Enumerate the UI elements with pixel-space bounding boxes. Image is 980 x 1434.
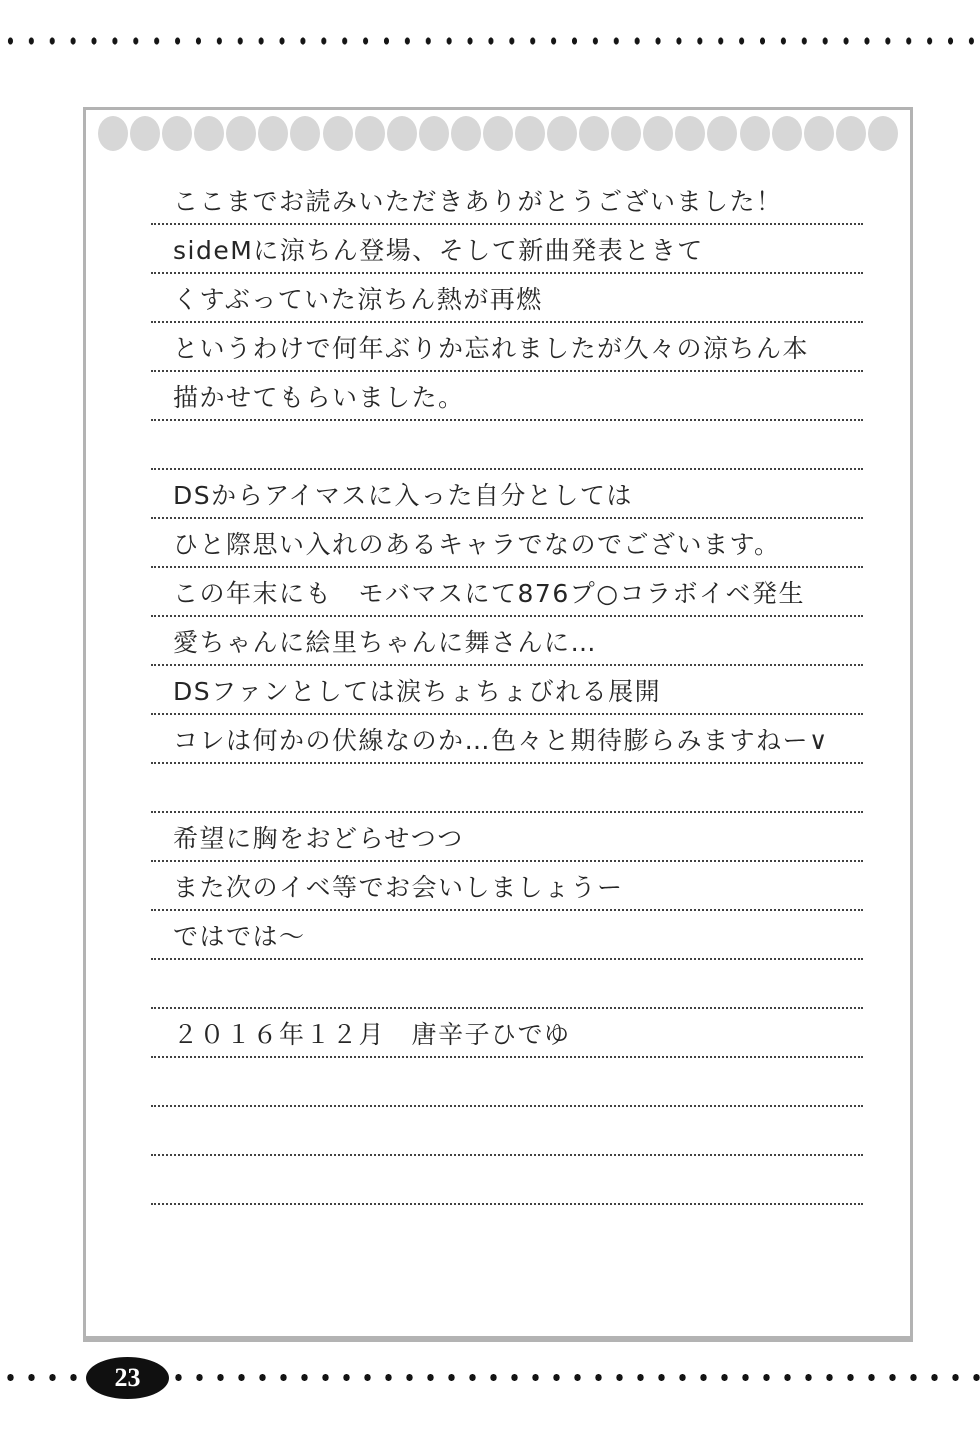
halftone-circle (387, 116, 417, 151)
ruled-line-row: コレは何かの伏線なのか…色々と期待膨らみますねー∨ (151, 715, 863, 764)
ruled-line-row: ひと際思い入れのあるキャラでなのでございます。 (151, 519, 863, 568)
ruled-line-row: 愛ちゃんに絵里ちゃんに舞さんに… (151, 617, 863, 666)
afterword-line-text: また次のイベ等でお会いしましょうー (151, 868, 624, 909)
afterword-frame: ここまでお読みいただきありがとうございました！sideMに涼ちん登場、そして新曲… (83, 107, 913, 1342)
afterword-line-text: 描かせてもらいました。 (151, 378, 465, 419)
halftone-circle (323, 116, 353, 151)
halftone-circle (675, 116, 705, 151)
halftone-circle (451, 116, 481, 151)
halftone-circle (643, 116, 673, 151)
halftone-circle (804, 116, 834, 151)
decorative-dots-top (0, 36, 980, 46)
ruled-line-row: また次のイベ等でお会いしましょうー (151, 862, 863, 911)
afterword-line-text: 希望に胸をおどらせつつ (151, 819, 464, 860)
afterword-line-text: ２０１６年１２月 唐辛子ひでゆ (151, 1015, 571, 1056)
halftone-circle (130, 116, 160, 151)
ruled-line-row: ではでは～ (151, 911, 863, 960)
halftone-circle (772, 116, 802, 151)
ruled-line-row: この年末にも モバマスにて876プ○コラボイベ発生 (151, 568, 863, 617)
ruled-line-row (151, 421, 863, 470)
halftone-circle (868, 116, 898, 151)
halftone-circle (290, 116, 320, 151)
ruled-line-row (151, 1107, 863, 1156)
afterword-line-text: DSからアイマスに入った自分としては (151, 476, 633, 517)
afterword-line-text: ここまでお読みいただきありがとうございました！ (151, 182, 783, 223)
halftone-circle (194, 116, 224, 151)
halftone-circle (707, 116, 737, 151)
ruled-line-row (151, 1156, 863, 1205)
ruled-lines: ここまでお読みいただきありがとうございました！sideMに涼ちん登場、そして新曲… (151, 176, 863, 1205)
afterword-line-text: 愛ちゃんに絵里ちゃんに舞さんに… (151, 623, 597, 664)
afterword-line-text: DSファンとしては涙ちょちょびれる展開 (151, 672, 661, 713)
halftone-circle (419, 116, 449, 151)
ruled-line-row (151, 960, 863, 1009)
halftone-circle (98, 116, 128, 151)
ruled-line-row: というわけで何年ぶりか忘れましたが久々の涼ちん本 (151, 323, 863, 372)
afterword-line-text: くすぶっていた涼ちん熱が再燃 (151, 280, 543, 321)
ruled-line-row: ここまでお読みいただきありがとうございました！ (151, 176, 863, 225)
ruled-line-row: DSからアイマスに入った自分としては (151, 470, 863, 519)
halftone-circle (515, 116, 545, 151)
ruled-line-row: くすぶっていた涼ちん熱が再燃 (151, 274, 863, 323)
afterword-page: ここまでお読みいただきありがとうございました！sideMに涼ちん登場、そして新曲… (0, 0, 980, 1434)
afterword-line-text (151, 463, 173, 468)
afterword-line-text (151, 806, 173, 811)
afterword-line-text: この年末にも モバマスにて876プ○コラボイベ発生 (151, 574, 805, 615)
ruled-line-row (151, 1058, 863, 1107)
halftone-circle (579, 116, 609, 151)
afterword-line-text (151, 1149, 173, 1154)
afterword-line-text: ではでは～ (151, 917, 306, 958)
afterword-line-text (151, 1002, 173, 1007)
afterword-line-text: ひと際思い入れのあるキャラでなのでございます。 (151, 525, 781, 566)
ruled-line-row: sideMに涼ちん登場、そして新曲発表ときて (151, 225, 863, 274)
decorative-halftone-circles (98, 115, 898, 151)
ruled-line-row: DSファンとしては涙ちょちょびれる展開 (151, 666, 863, 715)
afterword-line-text: というわけで何年ぶりか忘れましたが久々の涼ちん本 (151, 329, 809, 370)
halftone-circle (258, 116, 288, 151)
halftone-circle (162, 116, 192, 151)
halftone-circle (547, 116, 577, 151)
halftone-circle (483, 116, 513, 151)
halftone-circle (611, 116, 641, 151)
afterword-line-text: コレは何かの伏線なのか…色々と期待膨らみますねー∨ (151, 721, 829, 762)
afterword-line-text: sideMに涼ちん登場、そして新曲発表ときて (151, 231, 704, 272)
halftone-circle (836, 116, 866, 151)
afterword-line-text (151, 1198, 173, 1203)
ruled-line-row (151, 764, 863, 813)
page-number: 23 (115, 1363, 141, 1393)
ruled-line-row: ２０１６年１２月 唐辛子ひでゆ (151, 1009, 863, 1058)
ruled-line-row: 希望に胸をおどらせつつ (151, 813, 863, 862)
halftone-circle (226, 116, 256, 151)
afterword-line-text (151, 1100, 173, 1105)
halftone-circle (355, 116, 385, 151)
ruled-line-row: 描かせてもらいました。 (151, 372, 863, 421)
halftone-circle (740, 116, 770, 151)
page-number-badge: 23 (86, 1357, 169, 1399)
